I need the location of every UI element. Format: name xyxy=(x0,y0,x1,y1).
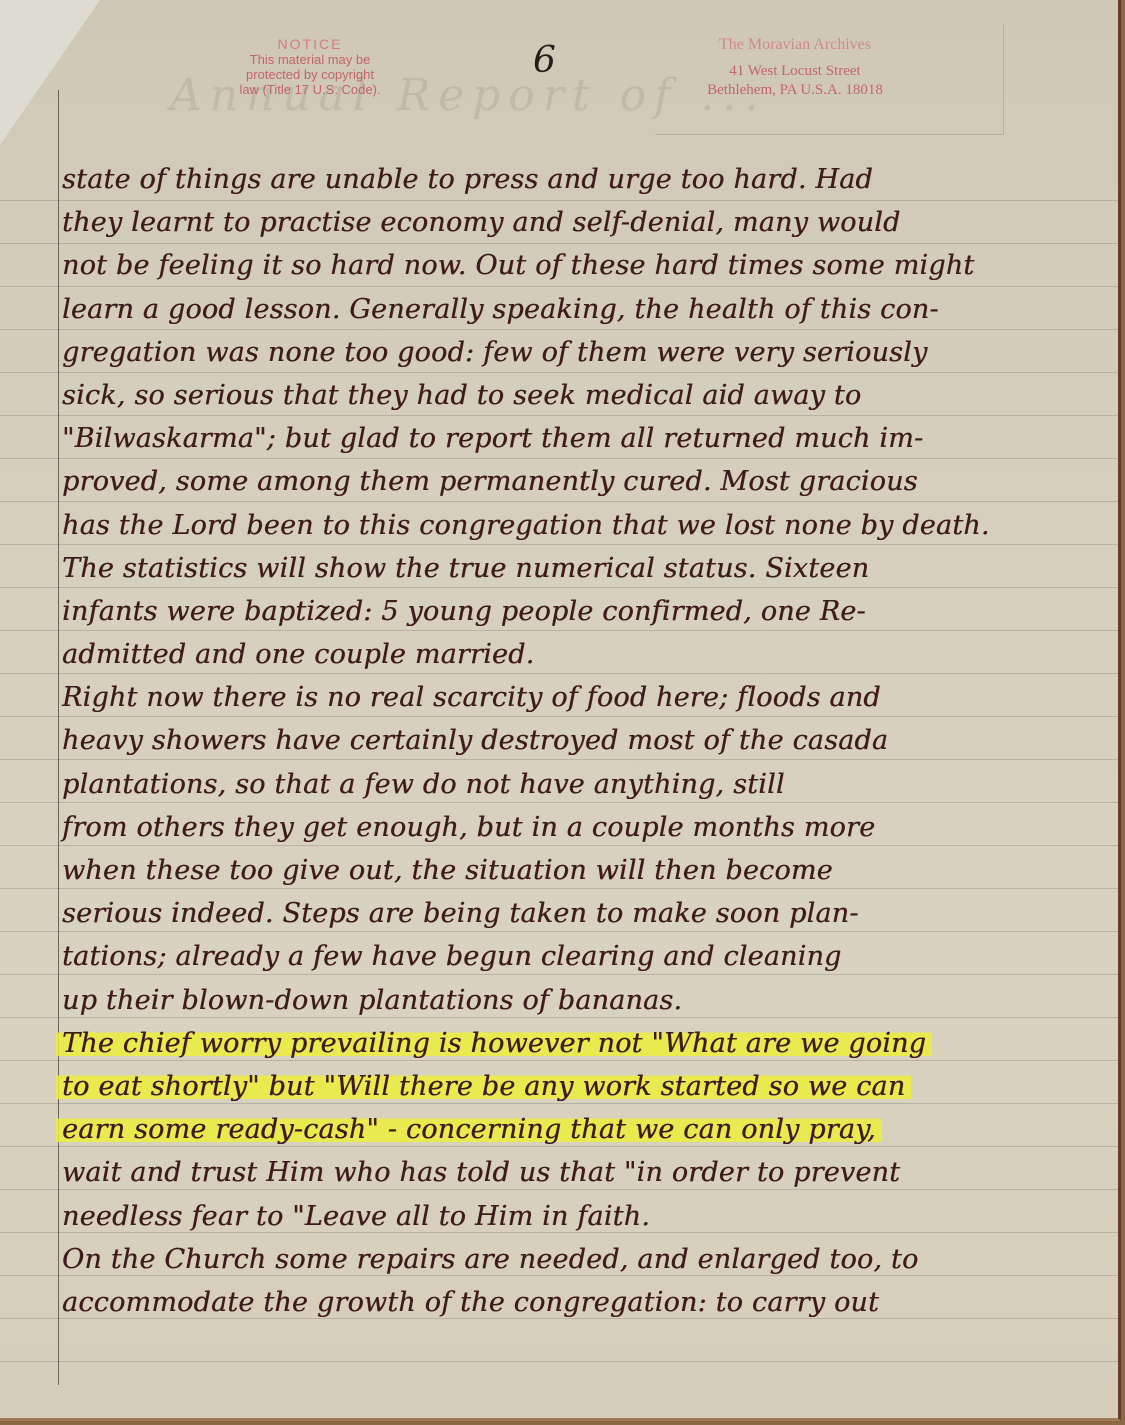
copyright-notice-stamp: NOTICE This material may be protected by… xyxy=(210,36,410,97)
highlighted-line: The chief worry prevailing is however no… xyxy=(62,1022,1112,1065)
margin-rule xyxy=(58,90,59,1385)
page-number: 6 xyxy=(533,40,556,81)
text-line: infants were baptized: 5 young people co… xyxy=(62,590,1112,633)
notice-line: This material may be xyxy=(210,52,410,67)
text-line: sick, so serious that they had to seek m… xyxy=(62,374,1112,417)
text-line: Right now there is no real scarcity of f… xyxy=(62,676,1112,719)
notice-line: protected by copyright xyxy=(210,67,410,82)
notice-line: law (Title 17 U.S. Code). xyxy=(210,82,410,97)
text-line: The statistics will show the true numeri… xyxy=(62,547,1112,590)
text-line: not be feeling it so hard now. Out of th… xyxy=(62,244,1112,287)
archives-address-line: 41 West Locust Street xyxy=(665,62,925,81)
text-line: state of things are unable to press and … xyxy=(62,158,1112,201)
text-line: heavy showers have certainly destroyed m… xyxy=(62,719,1112,762)
highlighted-text: The chief worry prevailing is however no… xyxy=(56,1028,932,1059)
highlighted-text: to eat shortly" but "Will there be any w… xyxy=(56,1071,911,1102)
text-line: "Bilwaskarma"; but glad to report them a… xyxy=(62,417,1112,460)
text-line: proved, some among them permanently cure… xyxy=(62,460,1112,503)
highlighted-text: earn some ready-cash" - concerning that … xyxy=(56,1114,882,1145)
text-line: they learnt to practise economy and self… xyxy=(62,201,1112,244)
text-line: when these too give out, the situation w… xyxy=(62,849,1112,892)
notice-title: NOTICE xyxy=(210,36,410,52)
text-line: On the Church some repairs are needed, a… xyxy=(62,1238,1112,1281)
text-line: wait and trust Him who has told us that … xyxy=(62,1151,1112,1194)
text-line: up their blown-down plantations of banan… xyxy=(62,979,1112,1022)
highlighted-line: earn some ready-cash" - concerning that … xyxy=(62,1108,1112,1151)
handwritten-body: state of things are unable to press and … xyxy=(62,158,1112,1324)
folded-corner xyxy=(0,0,100,145)
archives-stamp: The Moravian Archives 41 West Locust Str… xyxy=(665,36,925,100)
text-line: needless fear to "Leave all to Him in fa… xyxy=(62,1195,1112,1238)
text-line: admitted and one couple married. xyxy=(62,633,1112,676)
text-line: accommodate the growth of the congregati… xyxy=(62,1281,1112,1324)
manuscript-page: Annual Report of ... NOTICE This materia… xyxy=(0,0,1121,1421)
highlighted-line: to eat shortly" but "Will there be any w… xyxy=(62,1065,1112,1108)
text-line: tations; already a few have begun cleari… xyxy=(62,935,1112,978)
text-line: learn a good lesson. Generally speaking,… xyxy=(62,288,1112,331)
archives-address-line: Bethlehem, PA U.S.A. 18018 xyxy=(665,81,925,100)
text-line: serious indeed. Steps are being taken to… xyxy=(62,892,1112,935)
archives-name: The Moravian Archives xyxy=(665,36,925,54)
text-line: from others they get enough, but in a co… xyxy=(62,806,1112,849)
text-line: gregation was none too good: few of them… xyxy=(62,331,1112,374)
text-line: plantations, so that a few do not have a… xyxy=(62,763,1112,806)
text-line: has the Lord been to this congregation t… xyxy=(62,504,1112,547)
